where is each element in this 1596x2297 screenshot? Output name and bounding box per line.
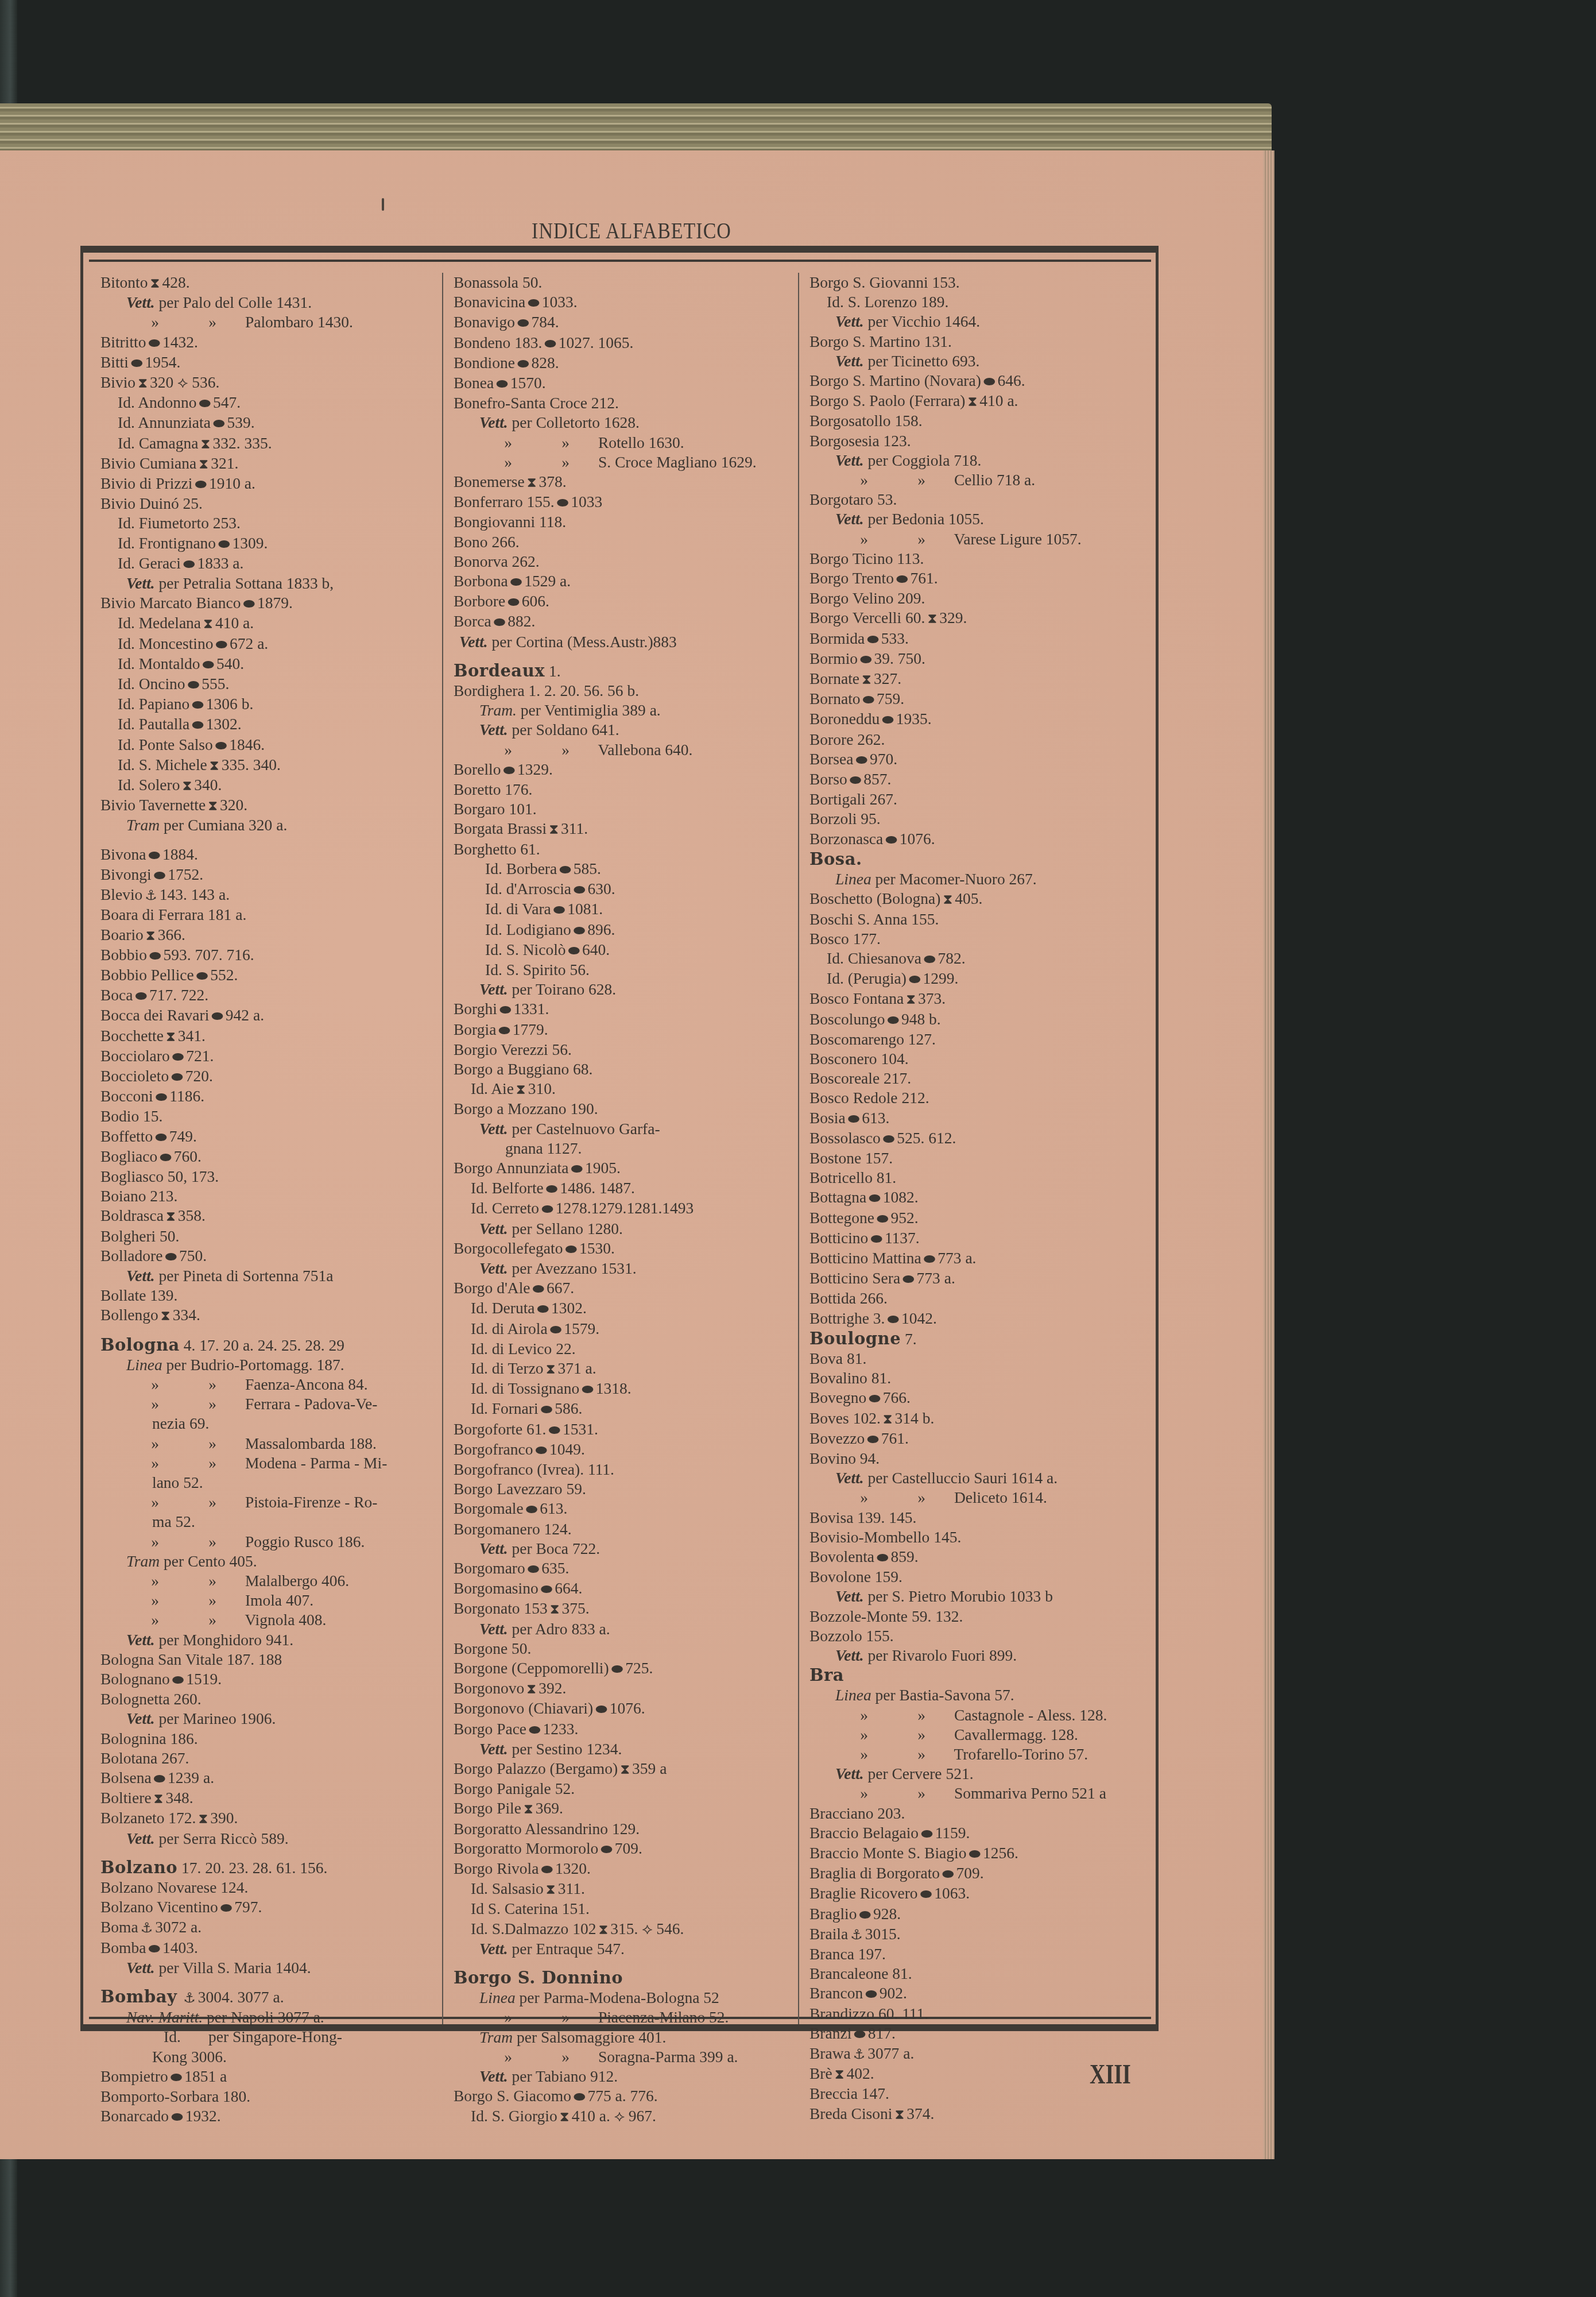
index-column-1: Bitonto⧗428.Vett. per Palo del Colle 143… <box>100 273 431 2024</box>
place-name: Borca <box>454 612 491 630</box>
ditto-mark: » <box>126 1375 184 1394</box>
boat-icon: ⬬ <box>169 1069 185 1085</box>
index-entry: Brancaleone 81. <box>809 1964 1140 1983</box>
index-entry: Vett. per Monghidoro 941. <box>100 1630 431 1650</box>
table-reference: per Parma-Modena-Bologna 52 <box>520 1989 719 2006</box>
boat-icon: ⬬ <box>189 697 206 713</box>
place-name: Bonorva 262. <box>454 552 540 570</box>
bell-icon: ⧗ <box>521 1801 536 1817</box>
index-column-3: Borgo S. Giovanni 153.Id. S. Lorenzo 189… <box>809 273 1140 2024</box>
boat-icon: ⬬ <box>508 574 525 590</box>
index-entry: Vett. per Adro 833 a. <box>454 1619 784 1639</box>
index-entry: Bovegno⬬766. <box>809 1388 1140 1408</box>
index-entry: Kong 3006. <box>100 2047 431 2067</box>
table-reference: Soragna-Parma 399 a. <box>598 2048 738 2066</box>
place-name: Id. Ponte Salso <box>118 736 213 753</box>
index-heading-entry: Bosa. <box>809 849 1140 869</box>
boat-icon: ⬬ <box>170 1049 187 1065</box>
ditto-mark: » <box>126 312 184 332</box>
bell-icon: ⧗ <box>544 1881 558 1897</box>
place-name: Bitritto <box>100 333 146 351</box>
place-name: Id. Deruta <box>471 1299 534 1317</box>
place-name: Boca <box>100 986 133 1004</box>
index-entry: Borgo Pace⬬1233. <box>454 1719 784 1739</box>
place-name: ma 52. <box>152 1513 195 1530</box>
place-name: Bonavigo <box>454 313 515 331</box>
place-name: Bozzole-Monte 59. 132. <box>809 1607 963 1625</box>
index-entry: nezia 69. <box>100 1414 431 1433</box>
place-name: Branca 197. <box>809 1945 886 1963</box>
ditto-mark: » <box>479 2047 537 2067</box>
service-type-label: Vett. <box>835 1765 864 1782</box>
boat-icon: ⬬ <box>497 1001 514 1018</box>
index-entry: Id. Deruta⬬1302. <box>454 1298 784 1318</box>
boat-icon: ⬬ <box>496 1022 513 1038</box>
boat-icon: ⬬ <box>593 1701 610 1717</box>
index-heading-entry: Boulogne 7. <box>809 1329 1140 1349</box>
index-entry: Id. Borbera⬬585. <box>454 859 784 879</box>
index-entry: Bogliasco 50, 173. <box>100 1167 431 1186</box>
index-entry: Borgomanero 124. <box>454 1519 784 1539</box>
place-name: Id. Borbera <box>485 860 557 877</box>
place-name: Id. di Terzo <box>471 1359 544 1377</box>
table-reference: 646. <box>997 372 1025 389</box>
boat-icon: ⬬ <box>526 1722 543 1738</box>
boat-icon: ⬬ <box>209 1008 226 1024</box>
place-name: Bogliaco <box>100 1147 157 1165</box>
place-name: Bolgheri 50. <box>100 1227 180 1245</box>
boat-icon: ⬬ <box>152 1770 168 1786</box>
table-reference: Modena - Parma - Mi- <box>245 1454 387 1472</box>
bell-icon: ⧗ <box>859 671 874 687</box>
service-type-label: Vett. <box>126 1959 155 1977</box>
table-reference: 552. <box>210 966 238 984</box>
place-name: Bivio <box>100 373 135 391</box>
place-name: Bosco Redole 212. <box>809 1089 929 1107</box>
index-entry: Bovolone 159. <box>809 1567 1140 1587</box>
boat-icon: ⬬ <box>181 556 197 572</box>
place-name: Bova 81. <box>809 1349 866 1367</box>
index-entry: Bivio⧗320 ⟡ 536. <box>100 373 431 393</box>
place-name: Boschi S. Anna 155. <box>809 910 939 928</box>
ditto-mark: » <box>184 1394 241 1414</box>
table-reference: per Vicchio 1464. <box>868 312 981 330</box>
table-reference: 1846. <box>229 736 265 753</box>
place-name: Bozzolo 155. <box>809 1627 894 1645</box>
table-reference: per Palo del Colle 1431. <box>159 293 312 311</box>
index-entry: Bivio di Prizzi⬬1910 a. <box>100 474 431 494</box>
table-reference: per Cento 405. <box>164 1552 257 1570</box>
table-reference: 613. <box>862 1109 889 1127</box>
index-entry: Borgo Annunziata⬬1905. <box>454 1158 784 1178</box>
index-entry: Boltiere⧗348. <box>100 1788 431 1808</box>
index-entry: »» Cellio 718 a. <box>809 470 1140 490</box>
place-name: Borgocollefegato <box>454 1239 563 1257</box>
place-name: Bivio Cumiana <box>100 454 196 472</box>
boat-icon: ⬬ <box>571 922 588 938</box>
table-reference: 321. <box>211 454 238 472</box>
table-reference: Pistoia-Firenze - Ro- <box>245 1493 378 1511</box>
ditto-mark: » <box>893 529 950 549</box>
place-name: Boccioleto <box>100 1067 169 1085</box>
index-entry: Bodio 15. <box>100 1107 431 1126</box>
table-reference: 410 a. <box>215 614 254 632</box>
index-entry: Botticino Mattina⬬773 a. <box>809 1248 1140 1269</box>
ditto-mark: » <box>126 1492 184 1512</box>
table-reference: 320 ⟡ 536. <box>150 373 219 391</box>
boat-icon: ⬬ <box>921 1251 938 1267</box>
table-reference: per Soldano 641. <box>512 721 619 738</box>
table-reference: 928. <box>873 1905 901 1923</box>
index-entry: Bornato⬬759. <box>809 689 1140 709</box>
index-entry: Bossolasco⬬525. 612. <box>809 1128 1140 1148</box>
place-name: Borzonasca <box>809 830 883 848</box>
table-reference: per Castelnuovo Garfa- <box>512 1120 660 1138</box>
place-name: Id. di Vara <box>485 900 551 918</box>
place-name: Bonferraro 155. <box>454 493 555 511</box>
index-entry: Id. di Tossignano⬬1318. <box>454 1379 784 1399</box>
place-name: Boscolungo <box>809 1010 885 1028</box>
place-name: lano 52. <box>152 1474 203 1491</box>
place-name: Boara di Ferrara 181 a. <box>100 906 246 923</box>
table-reference: 586. <box>555 1399 582 1417</box>
table-reference: 717. 722. <box>149 986 208 1004</box>
boat-icon: ⬬ <box>919 1826 935 1842</box>
index-entry: Borgo d'Ale⬬667. <box>454 1278 784 1298</box>
boat-icon: ⬬ <box>861 691 877 707</box>
ditto-mark: » <box>835 1745 893 1764</box>
index-entry: Boca⬬717. 722. <box>100 985 431 1006</box>
index-entry: Bozzolo 155. <box>809 1626 1140 1646</box>
index-entry: Bivio Tavernette⧗320. <box>100 795 431 815</box>
table-reference: 1486. 1487. <box>560 1179 635 1197</box>
table-reference: 428. <box>162 273 189 291</box>
index-entry: Bolzano Novarese 124. <box>100 1878 431 1897</box>
boat-icon: ⬬ <box>557 861 574 877</box>
table-reference: 725. <box>625 1659 653 1677</box>
index-entry: Borgo Velino 209. <box>809 589 1140 608</box>
place-name: Bonavicina <box>454 293 525 311</box>
index-entry: Borgonovo⧗392. <box>454 1679 784 1699</box>
place-name: Bosconero 104. <box>809 1050 909 1068</box>
index-entry: Id S. Caterina 151. <box>454 1899 784 1919</box>
index-entry: Bogliaco⬬760. <box>100 1147 431 1167</box>
place-name: Id. Solero <box>118 776 180 794</box>
place-name: Bocconi <box>100 1087 153 1105</box>
ditto-mark: » <box>537 2047 594 2067</box>
ditto-mark: » <box>479 433 537 453</box>
boat-icon: ⬬ <box>185 676 202 693</box>
index-entry: Id. S. Spirito 56. <box>454 960 784 980</box>
index-entry: Botricello 81. <box>809 1168 1140 1188</box>
boat-icon: ⬬ <box>539 1581 555 1597</box>
table-reference: 828. <box>531 354 559 372</box>
ditto-mark: » <box>184 1434 241 1453</box>
table-reference: per Serra Riccò 589. <box>159 1830 289 1847</box>
table-reference: per Bedonia 1055. <box>868 510 984 528</box>
boat-icon: ⬬ <box>194 968 211 984</box>
ditto-mark: » <box>126 1394 184 1414</box>
service-type-label: Vett. <box>479 721 508 738</box>
boat-icon: ⬬ <box>846 1111 862 1127</box>
column-divider <box>442 273 443 2024</box>
boat-icon: ⬬ <box>568 1161 585 1177</box>
index-entry: »» Massalombarda 188. <box>100 1434 431 1453</box>
place-name: Boltiere <box>100 1789 152 1807</box>
boat-icon: ⬬ <box>213 737 230 753</box>
place-name: Bivio Tavernette <box>100 796 206 814</box>
place-name: Bornato <box>809 690 861 707</box>
index-entry: »» Sommariva Perno 521 a <box>809 1784 1140 1803</box>
service-type-label: Vett. <box>835 1587 864 1605</box>
place-name: Bovolenta <box>809 1548 874 1565</box>
table-reference: 1256. <box>983 1844 1018 1862</box>
place-name: Borgaro 101. <box>454 800 537 818</box>
table-reference: 1905. <box>585 1159 621 1177</box>
table-reference: 358. <box>178 1206 206 1224</box>
place-name: Bobbio <box>100 946 147 964</box>
index-entry: Linea per Bastia-Savona 57. <box>809 1685 1140 1705</box>
table-reference: 143. 143 a. <box>160 885 230 903</box>
index-entry: Id. Geraci⬬1833 a. <box>100 554 431 574</box>
index-entry: Borgo Vercelli 60.⧗329. <box>809 608 1140 628</box>
bell-icon: ⧗ <box>618 1761 632 1777</box>
index-entry: Borgo Pile⧗369. <box>454 1799 784 1819</box>
table-reference: 709. <box>615 1839 642 1857</box>
table-reference: 1752. <box>168 865 203 883</box>
table-reference: 3072 a. <box>155 1918 202 1936</box>
ditto-mark: » <box>126 1591 184 1610</box>
table-reference: 1851 a <box>184 2067 227 2085</box>
index-entry: Tram per Cumiana 320 a. <box>100 815 431 835</box>
boat-icon: ⬬ <box>152 867 168 883</box>
index-entry: Boffetto⬬749. <box>100 1127 431 1147</box>
table-reference: 341. <box>178 1027 206 1045</box>
table-reference: per S. Pietro Morubio 1033 b <box>868 1587 1053 1605</box>
boat-icon: ⬬ <box>881 1131 897 1147</box>
boat-icon: ⬬ <box>539 1401 555 1417</box>
index-entry: Bovisa 139. 145. <box>809 1508 1140 1528</box>
place-name: Id. Montaldo <box>118 655 200 672</box>
service-type-label: Vett. <box>835 451 864 469</box>
place-name-bold: Bordeaux <box>454 661 545 680</box>
table-reference: Faenza-Ancona 84. <box>245 1375 368 1393</box>
place-name: Borgo Palazzo (Bergamo) <box>454 1760 618 1777</box>
place-name: Boffetto <box>100 1127 153 1145</box>
ditto-mark: » <box>893 1725 950 1745</box>
table-reference: per Budrio-Portomagg. 187. <box>166 1356 344 1374</box>
index-entry: Bolognano⬬1519. <box>100 1669 431 1689</box>
service-type-label: Vett. <box>835 510 864 528</box>
table-reference: Vallebona 640. <box>598 741 692 759</box>
index-entry: Borgo Lavezzaro 59. <box>454 1479 784 1499</box>
ditto-mark: » <box>835 1706 893 1725</box>
table-reference: 761. <box>910 569 938 587</box>
place-name: Breda Cisoni <box>809 2105 892 2122</box>
table-reference: 39. 750. <box>874 649 925 667</box>
index-entry: Bottida 266. <box>809 1289 1140 1308</box>
place-name: Bivongi <box>100 865 152 883</box>
index-entry: Bovino 94. <box>809 1449 1140 1468</box>
index-entry: »» Castagnole - Aless. 128. <box>809 1706 1140 1725</box>
boat-icon: ⬬ <box>157 1149 174 1165</box>
service-type-label: Vett. <box>479 1120 508 1138</box>
index-entry: Boretto 176. <box>454 780 784 799</box>
table-reference: 1932. <box>185 2107 221 2125</box>
table-reference: 1063. <box>934 1884 970 1902</box>
boat-icon: ⬬ <box>494 376 510 392</box>
index-entry: Id. (Perugia)⬬1299. <box>809 969 1140 989</box>
index-entry: Bollengo⧗334. <box>100 1305 431 1325</box>
table-reference: S. Croce Magliano 1629. <box>598 453 757 471</box>
place-name: Brè <box>809 2064 832 2082</box>
place-name: Borgo Velino 209. <box>809 589 925 607</box>
place-name: Bomba <box>100 1939 146 1956</box>
index-entry: Bomba⬬1403. <box>100 1938 431 1958</box>
index-entry: Vett. per Marineo 1906. <box>100 1709 431 1728</box>
place-name: Borgo S. Martino (Novara) <box>809 372 981 389</box>
index-entry: Bonea⬬1570. <box>454 373 784 393</box>
table-reference: 1833 a. <box>197 554 243 572</box>
place-name: Bolotana 267. <box>100 1749 189 1767</box>
index-entry: Bolgheri 50. <box>100 1227 431 1246</box>
index-entry: Bollate 139. <box>100 1286 431 1305</box>
table-reference: per Colletorto 1628. <box>512 413 640 431</box>
place-name: Bovisio-Mombello 145. <box>809 1528 961 1546</box>
table-reference: 630. <box>588 880 615 898</box>
ditto-mark: » <box>835 1784 893 1803</box>
index-entry: »» Soragna-Parma 399 a. <box>454 2047 784 2067</box>
table-reference: 1432. <box>162 333 198 351</box>
place-name-bold: Bra <box>809 1665 844 1685</box>
boat-icon: ⬬ <box>863 1986 880 2002</box>
place-name: Bormida <box>809 629 865 647</box>
table-reference: 7. <box>905 1330 917 1348</box>
place-name: Botricello 81. <box>809 1169 896 1186</box>
boat-icon: ⬬ <box>170 1672 187 1688</box>
place-name: Id. S. Giorgio <box>471 2107 557 2125</box>
index-entry: Bormida⬬533. <box>809 629 1140 649</box>
table-reference: 635. <box>541 1559 569 1577</box>
boat-icon: ⬬ <box>940 1866 956 1882</box>
table-reference: per Marineo 1906. <box>159 1710 276 1727</box>
place-name: Borgo d'Ale <box>454 1279 530 1297</box>
table-reference: 667. <box>547 1279 574 1297</box>
index-entry: Bologna San Vitale 187. 188 <box>100 1650 431 1669</box>
ditto-mark: » <box>893 1706 950 1725</box>
index-entry: Borgonovo (Chiavari)⬬1076. <box>454 1699 784 1719</box>
bell-icon: ⧗ <box>180 778 194 794</box>
table-reference: 1779. <box>513 1020 548 1038</box>
anchor-icon: ⚓ <box>851 2046 868 2062</box>
place-name: Brawa <box>809 2044 851 2062</box>
table-reference: per Sellano 1280. <box>512 1220 623 1238</box>
boat-icon: ⬬ <box>211 415 227 431</box>
index-entry: Borgo S. Paolo (Ferrara)⧗410 a. <box>809 391 1140 411</box>
index-entry: Bovezzo⬬761. <box>809 1429 1140 1449</box>
service-type-label: Vett. <box>126 574 155 592</box>
place-name: Id. (Perugia) <box>827 969 907 987</box>
table-reference: 1033. <box>542 293 578 311</box>
bell-icon: ⧗ <box>881 1411 895 1427</box>
place-name: Borgomaro <box>454 1559 525 1577</box>
index-entry: Id. Aie⧗310. <box>454 1079 784 1099</box>
boat-icon: ⬬ <box>598 1841 615 1857</box>
table-reference: 525. 612. <box>897 1129 956 1147</box>
place-name: Borgotaro 53. <box>809 490 897 508</box>
bell-icon: ⧗ <box>965 393 979 409</box>
table-reference: per Entraque 547. <box>512 1940 625 1958</box>
index-entry: Brandizzo 60. 111. <box>809 2004 1140 2024</box>
index-entry: Bolognina 186. <box>100 1729 431 1749</box>
place-name: Botticino <box>809 1229 868 1247</box>
index-entry: Id. Ponte Salso⬬1846. <box>100 735 431 755</box>
index-entry: Id. di Vara⬬1081. <box>454 899 784 919</box>
index-entry: »» Cavallermagg. 128. <box>809 1725 1140 1745</box>
index-entry: Tram. per Ventimiglia 389 a. <box>454 701 784 720</box>
boat-icon: ⬬ <box>197 395 214 411</box>
table-reference: per Monghidoro 941. <box>159 1631 294 1649</box>
table-reference: 1027. 1065. <box>559 334 634 351</box>
table-reference: 760. <box>174 1147 202 1165</box>
boat-icon: ⬬ <box>153 1089 170 1105</box>
index-entry: Tram per Salsomaggiore 401. <box>454 2028 784 2047</box>
table-reference: Cavallermagg. 128. <box>954 1726 1078 1743</box>
index-entry: Id. Fornari⬬586. <box>454 1399 784 1419</box>
table-reference: 759. <box>877 690 904 707</box>
index-entry: Bozzole-Monte 59. 132. <box>809 1607 1140 1626</box>
boat-icon: ⬬ <box>515 355 532 372</box>
boat-icon: ⬬ <box>851 2026 868 2042</box>
service-type-label: Vett. <box>835 352 864 370</box>
boat-icon: ⬬ <box>885 1311 901 1327</box>
table-reference: 1042. <box>901 1309 937 1327</box>
index-entry: »» Rotello 1630. <box>454 433 784 453</box>
index-entry: Bottagna⬬1082. <box>809 1188 1140 1208</box>
table-reference: Deliceto 1614. <box>954 1488 1047 1506</box>
boat-icon: ⬬ <box>192 476 209 492</box>
index-heading-entry: Borgo S. Donnino <box>454 1968 784 1988</box>
place-name: Braglie Ricovero <box>809 1884 918 1902</box>
place-name-bold: Bombay <box>100 1987 177 2006</box>
boat-icon: ⬬ <box>866 1390 883 1406</box>
place-name: Bostone 157. <box>809 1149 893 1167</box>
place-name: Id. S.Dalmazzo 102 <box>471 1920 596 1938</box>
table-reference: 1529 a. <box>524 572 571 590</box>
table-reference: 366. <box>158 926 185 943</box>
ditto-mark: » <box>893 470 950 490</box>
index-entry: Bolotana 267. <box>100 1749 431 1768</box>
place-name: Borgo S. Giacomo <box>454 2087 571 2105</box>
table-reference: 405. <box>955 890 982 907</box>
place-name: Bologna San Vitale 187. 188 <box>100 1650 282 1668</box>
place-name: Id. Frontignano <box>118 534 216 552</box>
place-name: Borgone 50. <box>454 1639 531 1657</box>
index-entry: Borgonato 153⧗375. <box>454 1599 784 1619</box>
index-entry: Borzonasca⬬1076. <box>809 829 1140 849</box>
boat-icon: ⬬ <box>189 717 206 733</box>
index-entry: »» Varese Ligure 1057. <box>809 529 1140 549</box>
place-name: Brancaleone 81. <box>809 1965 912 1982</box>
ditto-mark: » <box>835 470 893 490</box>
place-name: Bonea <box>454 374 494 392</box>
table-reference: Vignola 408. <box>245 1611 326 1629</box>
table-reference: 1302. <box>551 1299 587 1317</box>
index-entry: Vett. per Cortina (Mess.Austr.)883 <box>454 632 784 652</box>
place-name: Bivio Duinó 25. <box>100 494 203 512</box>
place-name: Borgonato 153 <box>454 1599 548 1617</box>
index-entry: Id. S. Nicolò⬬640. <box>454 940 784 960</box>
